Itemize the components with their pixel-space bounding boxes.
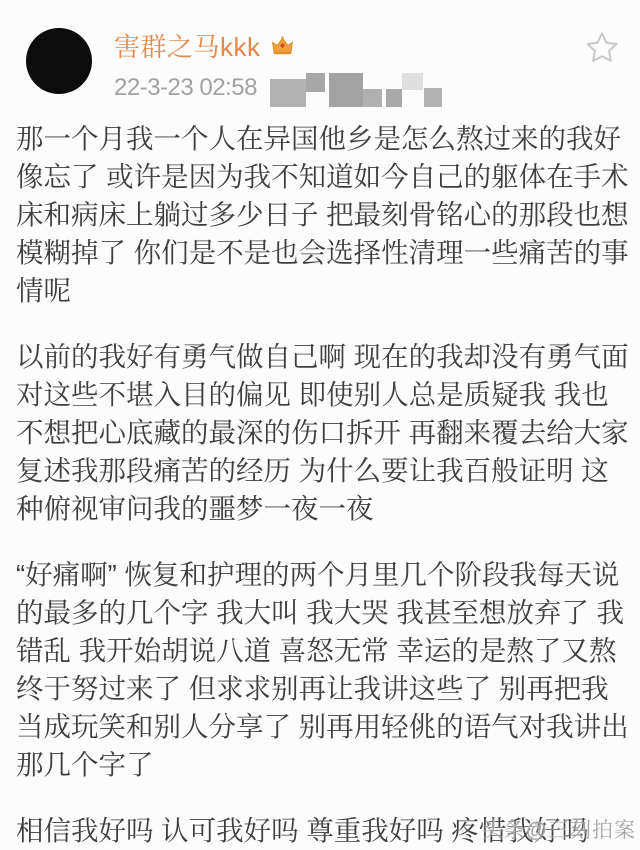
censored-source-mosaic xyxy=(270,72,442,108)
post-content: 那一个月我一个人在异国他乡是怎么熬过来的我好像忘了 或许是因为我不知道如今自己的… xyxy=(16,120,630,850)
username-row: 害群之马kkk xyxy=(114,30,296,60)
post-paragraph-1: 那一个月我一个人在异国他乡是怎么熬过来的我好像忘了 或许是因为我不知道如今自己的… xyxy=(16,120,630,310)
timestamp: 22-3-23 02:58 xyxy=(114,71,257,105)
post-paragraph-3: “好痛啊” 恢复和护理的两个月里几个阶段我每天说的最多的几个字 我大叫 我大哭 … xyxy=(16,556,630,784)
username[interactable]: 害群之马kkk xyxy=(114,27,261,64)
vip-crown-icon xyxy=(269,32,296,59)
post-paragraph-2: 以前的我好有勇气做自己啊 现在的我却没有勇气面对这些不堪入目的偏见 即使别人总是… xyxy=(16,338,630,528)
watermark: 头条@三刻拍案 xyxy=(482,814,636,844)
post-meta-row: 22-3-23 02:58 xyxy=(114,71,442,107)
weibo-post: 害群之马kkk 22-3-23 02:58 那一个月我一个人在异国他乡是怎么熬过… xyxy=(0,0,640,850)
favorite-star-icon[interactable] xyxy=(582,28,622,68)
avatar[interactable] xyxy=(26,28,92,94)
